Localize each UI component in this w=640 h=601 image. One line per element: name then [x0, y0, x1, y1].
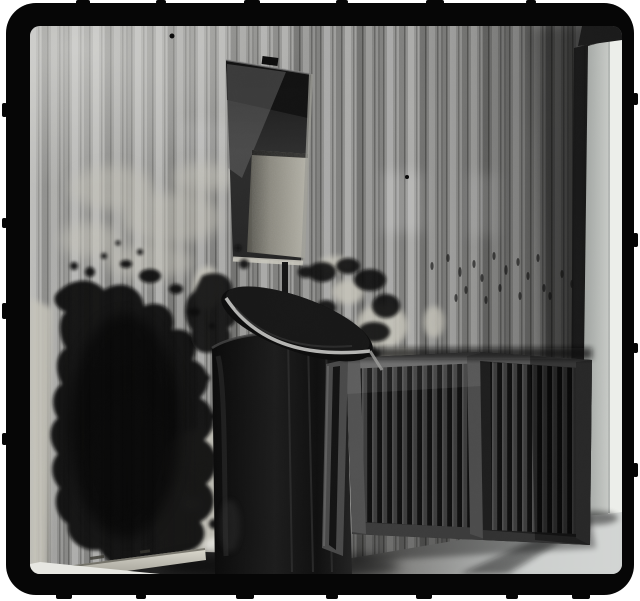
- screenshot-root: [0, 0, 640, 601]
- border-nib: [236, 593, 254, 599]
- border-nib: [244, 0, 260, 5]
- grime-on-screen-top: [340, 348, 592, 359]
- border-nib: [2, 218, 7, 228]
- screen-shadow-overlay: [530, 356, 592, 545]
- border-nib: [326, 594, 338, 599]
- scene-art: [30, 26, 622, 574]
- door-leaf: [608, 36, 622, 514]
- border-nib: [156, 0, 166, 4]
- border-nib: [76, 0, 90, 5]
- border-nib: [336, 0, 348, 4]
- border-nib: [2, 433, 7, 445]
- nail-hole: [405, 175, 409, 179]
- border-nib: [633, 343, 638, 353]
- radiator-screen-right: [480, 352, 592, 545]
- wall-hole: [170, 34, 175, 39]
- wall-mirror: [226, 56, 311, 304]
- border-nib: [526, 0, 536, 4]
- mirror-mount-tab: [262, 56, 279, 66]
- border-nib: [633, 463, 638, 477]
- border-nib: [2, 103, 7, 117]
- radiator-screen-left: [346, 352, 488, 540]
- border-nib: [136, 594, 146, 599]
- border-nib: [572, 593, 590, 599]
- border-nib: [56, 593, 72, 599]
- border-nib: [416, 593, 432, 599]
- photograph: [30, 26, 622, 574]
- border-nib: [426, 0, 444, 5]
- border-nib: [2, 303, 7, 319]
- border-nib: [633, 93, 638, 105]
- border-nib: [506, 594, 518, 599]
- photo-border: [6, 3, 634, 595]
- border-nib: [633, 233, 638, 247]
